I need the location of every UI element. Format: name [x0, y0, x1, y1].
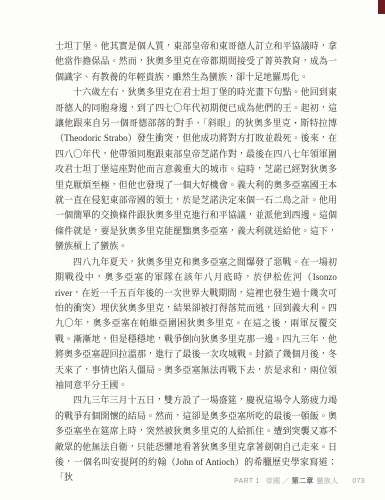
paragraph: 四八九年夏天，狄奧多里克和奧多亞塞之間爆發了惡戰。在一場初期戰役中，奧多亞塞的軍… [55, 255, 337, 394]
footer-part-label: PART 1 [234, 478, 260, 485]
body-text-block: 士坦丁堡。他其實是個人質，東部皇帝和東哥德人訂立和平協議時，拿他當作擔保品。然而… [55, 39, 337, 486]
page-footer: PART 1 帝國 ／ 第二章 蠻族人 073 [0, 476, 365, 486]
book-page: 士坦丁堡。他其實是個人質，東部皇帝和東哥德人訂立和平協議時，拿他當作擔保品。然而… [0, 0, 385, 500]
chapter-tab-marker [378, 0, 385, 14]
footer-chapter-label: 第二章 [292, 476, 314, 486]
footer-separator: ／ [282, 476, 289, 486]
paragraph: 十六歲左右，狄奧多里克在君士坦丁堡的時光畫下句點。他回到東哥德人的同胞身邊，到了… [55, 85, 337, 254]
page-number: 073 [352, 478, 365, 485]
paragraph: 四九三年三月十五日，雙方設了一場盛筵，慶祝這場令人筋疲力竭的戰爭有個開懷的結局。… [55, 393, 337, 485]
footer-section-title: 帝國 [266, 476, 281, 486]
footer-chapter-title: 蠻族人 [317, 476, 339, 486]
paragraph-continuation: 士坦丁堡。他其實是個人質，東部皇帝和東哥德人訂立和平協議時，拿他當作擔保品。然而… [55, 39, 337, 85]
